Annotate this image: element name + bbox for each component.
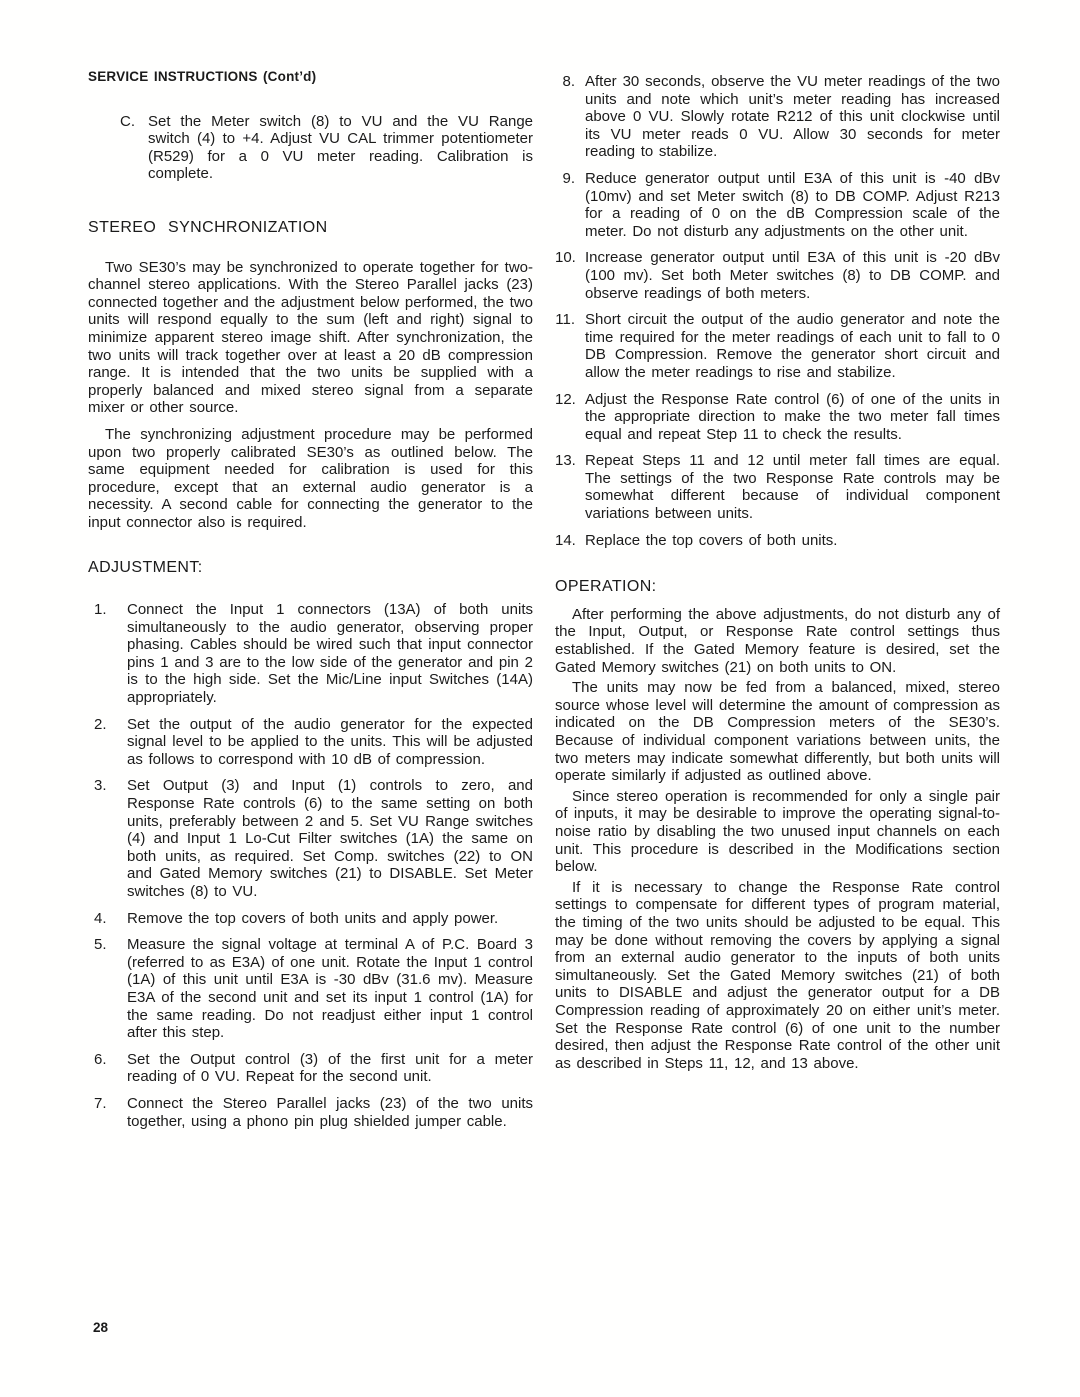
- paragraph: Since stereo operation is recommended fo…: [555, 788, 1000, 876]
- right-column: 8. After 30 seconds, observe the VU mete…: [555, 68, 1000, 1130]
- page-content: SERVICE INSTRUCTIONS (Cont’d) C. Set the…: [88, 68, 1000, 1130]
- step-text: Connect the Input 1 connectors (13A) of …: [127, 601, 533, 706]
- paragraph: The synchronizing adjustment procedure m…: [88, 426, 533, 532]
- step-number: 11.: [555, 311, 575, 329]
- adjustment-step: 1. Connect the Input 1 connectors (13A) …: [88, 601, 533, 707]
- adjustment-step: 6. Set the Output control (3) of the fir…: [88, 1051, 533, 1086]
- step-number: 3.: [94, 777, 107, 795]
- adjustment-step: 10. Increase generator output until E3A …: [555, 249, 1000, 302]
- step-number: 9.: [555, 170, 575, 188]
- step-text: Set the output of the audio generator fo…: [127, 716, 533, 768]
- adjustment-step: 11. Short circuit the output of the audi…: [555, 311, 1000, 381]
- adjustment-step: 12. Adjust the Response Rate control (6)…: [555, 391, 1000, 444]
- item-letter: C.: [120, 113, 135, 131]
- adjustment-step: 13. Repeat Steps 11 and 12 until meter f…: [555, 452, 1000, 522]
- step-number: 13.: [555, 452, 575, 470]
- step-text: Replace the top covers of both units.: [585, 532, 837, 549]
- step-text: Repeat Steps 11 and 12 until meter fall …: [585, 452, 1000, 522]
- step-text: After 30 seconds, observe the VU meter r…: [585, 73, 1000, 160]
- document-page: SERVICE INSTRUCTIONS (Cont’d) C. Set the…: [0, 0, 1080, 1397]
- step-number: 12.: [555, 391, 575, 409]
- step-text: Connect the Stereo Parallel jacks (23) o…: [127, 1095, 533, 1130]
- paragraph: If it is necessary to change the Respons…: [555, 879, 1000, 1073]
- lettered-item-c: C. Set the Meter switch (8) to VU and th…: [88, 113, 533, 183]
- adjustment-steps-8-14: 8. After 30 seconds, observe the VU mete…: [555, 73, 1000, 549]
- step-number: 2.: [94, 716, 107, 734]
- section-heading-stereo-synchronization: STEREO SYNCHRONIZATION: [88, 219, 533, 237]
- step-number: 4.: [94, 910, 107, 928]
- step-text: Set Output (3) and Input (1) controls to…: [127, 777, 533, 900]
- step-number: 6.: [94, 1051, 107, 1069]
- left-column: SERVICE INSTRUCTIONS (Cont’d) C. Set the…: [88, 68, 533, 1130]
- step-number: 7.: [94, 1095, 107, 1113]
- step-number: 1.: [94, 601, 107, 619]
- adjustment-step: 8. After 30 seconds, observe the VU mete…: [555, 73, 1000, 161]
- step-number: 8.: [555, 73, 575, 91]
- adjustment-step: 9. Reduce generator output until E3A of …: [555, 170, 1000, 240]
- adjustment-step: 2. Set the output of the audio generator…: [88, 716, 533, 769]
- adjustment-steps-1-7: 1. Connect the Input 1 connectors (13A) …: [88, 601, 533, 1130]
- step-text: Set the Output control (3) of the first …: [127, 1051, 533, 1086]
- item-text: Set the Meter switch (8) to VU and the V…: [148, 113, 533, 183]
- adjustment-step: 7. Connect the Stereo Parallel jacks (23…: [88, 1095, 533, 1130]
- section-heading-operation: OPERATION:: [555, 578, 1000, 596]
- adjustment-step: 3. Set Output (3) and Input (1) controls…: [88, 777, 533, 900]
- document-header: SERVICE INSTRUCTIONS (Cont’d): [88, 68, 533, 86]
- step-number: 14.: [555, 532, 575, 550]
- step-text: Remove the top covers of both units and …: [127, 910, 498, 927]
- adjustment-step: 4. Remove the top covers of both units a…: [88, 910, 533, 928]
- step-number: 10.: [555, 249, 575, 267]
- step-text: Increase generator output until E3A of t…: [585, 249, 1000, 301]
- step-text: Short circuit the output of the audio ge…: [585, 311, 1000, 381]
- step-text: Measure the signal voltage at terminal A…: [127, 936, 533, 1041]
- step-number: 5.: [94, 936, 107, 954]
- page-number: 28: [93, 1320, 108, 1335]
- paragraph: After performing the above adjustments, …: [555, 606, 1000, 676]
- paragraph: Two SE30’s may be synchronized to operat…: [88, 259, 533, 417]
- section-heading-adjustment: ADJUSTMENT:: [88, 559, 533, 577]
- adjustment-step: 14. Replace the top covers of both units…: [555, 532, 1000, 550]
- adjustment-step: 5. Measure the signal voltage at termina…: [88, 936, 533, 1042]
- paragraph: The units may now be fed from a balanced…: [555, 679, 1000, 785]
- step-text: Reduce generator output until E3A of thi…: [585, 170, 1000, 240]
- step-text: Adjust the Response Rate control (6) of …: [585, 391, 1000, 443]
